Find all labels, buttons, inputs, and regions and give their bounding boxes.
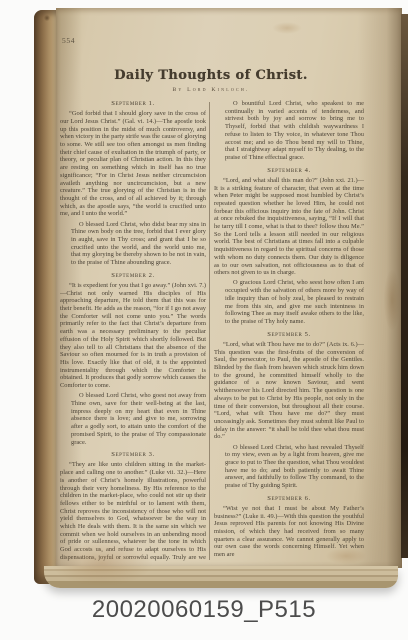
section-heading-sep1: September 1.	[60, 100, 206, 108]
left-column: September 1. “God forbid that I should g…	[60, 100, 206, 562]
column-divider-rule	[209, 102, 210, 560]
foxing-stain	[52, 540, 152, 586]
prayer-paragraph: O bountiful Lord Christ, who speakest to…	[225, 100, 364, 162]
prayer-paragraph: O blessed Lord Christ, who hast revealed…	[225, 444, 364, 490]
devotional-paragraph: “Lord, what wilt Thou have me to do?” (A…	[214, 341, 364, 441]
page-header: Daily Thoughts of Christ. By Lord Kinloc…	[56, 68, 366, 93]
book-spine	[34, 10, 58, 584]
book-photograph: 554 Daily Thoughts of Christ. By Lord Ki…	[0, 0, 408, 640]
foxing-stain	[384, 270, 400, 330]
foxing-stain	[326, 548, 366, 564]
section-heading-sep5: September 5.	[214, 331, 364, 339]
foxing-stain	[272, 22, 302, 34]
devotional-paragraph: “It is expedient for you that I go away.…	[60, 282, 206, 390]
prayer-paragraph: O blessed Lord Christ, who didst bear my…	[71, 221, 206, 267]
prayer-paragraph: O gracious Lord Christ, who seest how of…	[225, 279, 364, 325]
book-edge-shadow	[401, 14, 408, 558]
section-heading-sep2: September 2.	[60, 272, 206, 280]
section-heading-sep6: September 6.	[214, 495, 364, 503]
prayer-paragraph: O blessed Lord Christ, who goest not awa…	[71, 392, 206, 446]
foxing-stain	[44, 15, 50, 21]
section-heading-sep4: September 4.	[214, 167, 364, 175]
page-title: Daily Thoughts of Christ.	[56, 68, 366, 83]
byline: By Lord Kinloch.	[56, 87, 366, 93]
foxing-stain	[150, 130, 160, 137]
section-heading-sep3: September 3.	[60, 451, 206, 459]
devotional-paragraph: “God forbid that I should glory save in …	[60, 110, 206, 218]
right-column: O bountiful Lord Christ, who speakest to…	[214, 100, 364, 562]
devotional-paragraph: “Lord, and what shall this man do?” (Joh…	[214, 177, 364, 277]
archive-label: 20020060159_P515	[0, 596, 408, 624]
page-number: 554	[62, 36, 75, 45]
